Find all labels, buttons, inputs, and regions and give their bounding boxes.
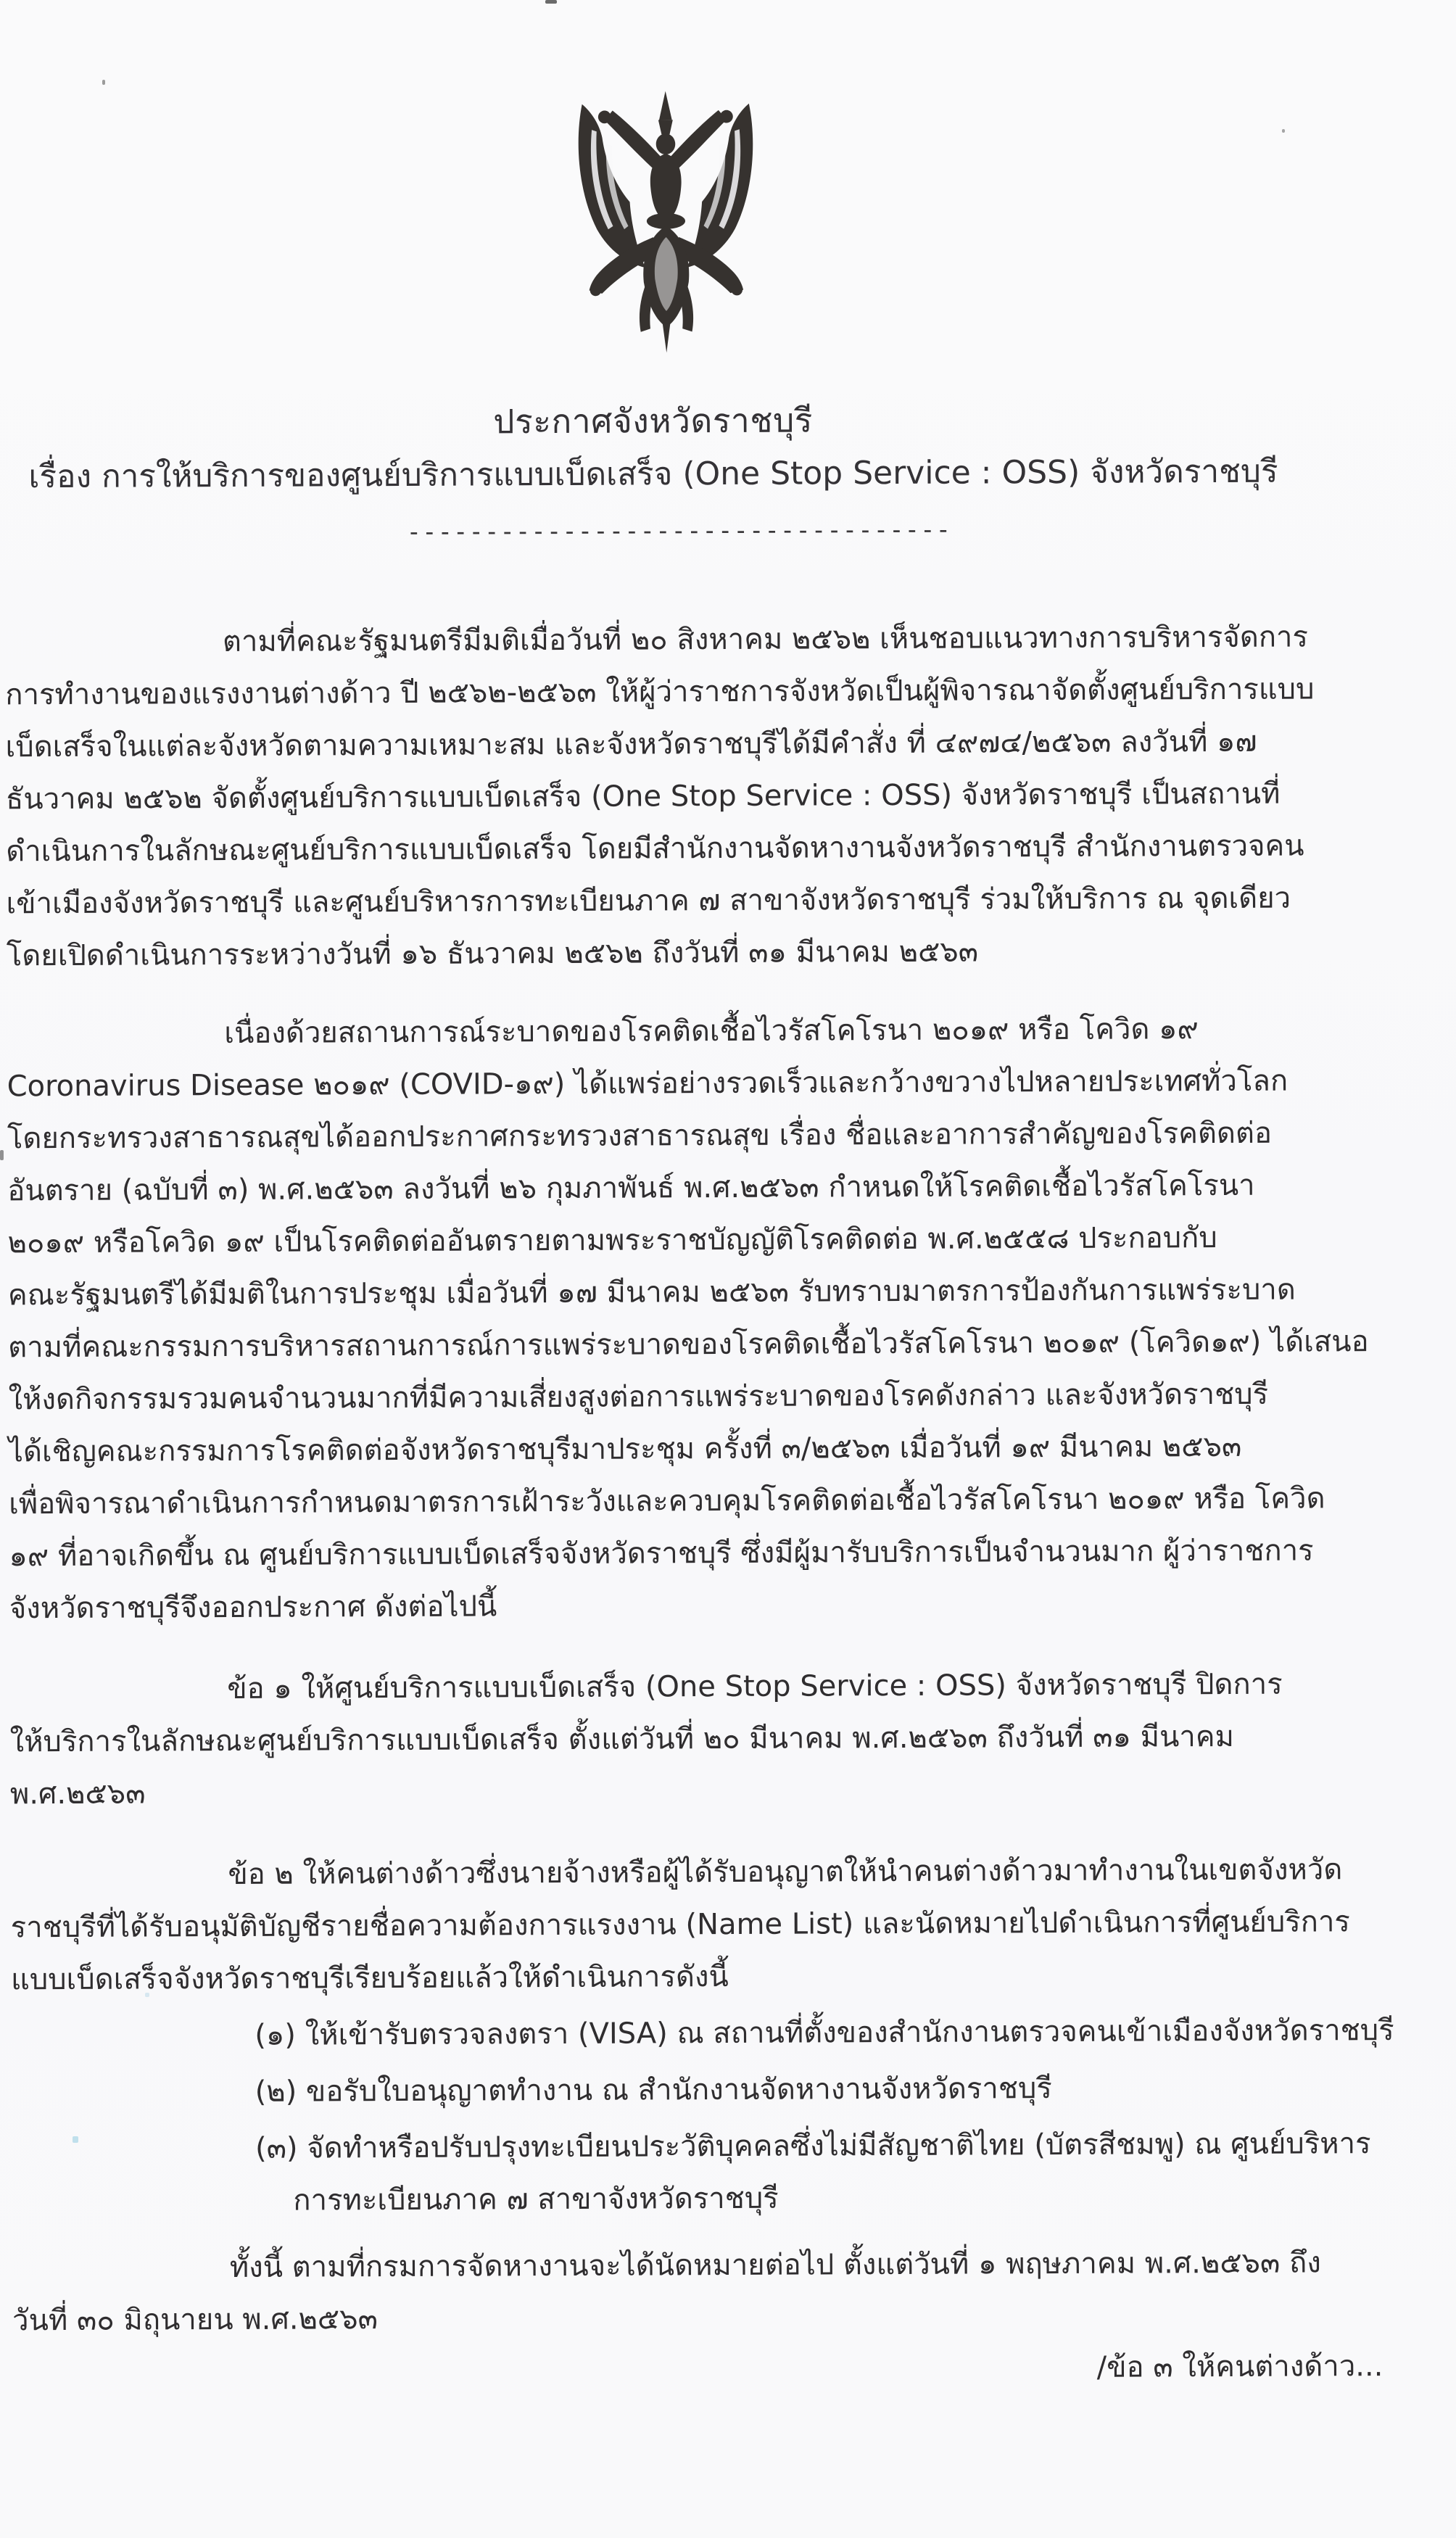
list-item-2: (๒) ขอรับใบอนุญาตทำงาน ณ สำนักงานจัดหางา…	[12, 2061, 1421, 2119]
announcement-title: ประกาศจังหวัดราชบุรี	[0, 394, 1381, 447]
garuda-emblem	[545, 81, 787, 384]
scanned-document-page: ประกาศจังหวัดราชบุรี เรื่อง การให้บริการ…	[0, 0, 1456, 2538]
list-item-3: (๓) จัดทำหรือปรับปรุงทะเบียนประวัติบุคคล…	[12, 2117, 1421, 2175]
text-line-p2-5: ๒๐๑๙ หรือโควิด ๑๙ เป็นโรคติดต่ออันตรายตา…	[7, 1211, 1417, 1269]
text-line-clause1-1: ข้อ ๑ ให้ศูนย์บริการแบบเบ็ดเสร็จ (One St…	[9, 1658, 1419, 1716]
text-line-clause2-2: ราชบุรีที่ได้รับอนุมัติบัญชีรายชื่อความต…	[11, 1896, 1420, 1954]
document-body: ตามที่คณะรัฐมนตรีมีมติเมื่อวันที่ ๒๐ สิง…	[5, 611, 1422, 2347]
list-item-1: (๑) ให้เข้ารับตรวจลงตรา (VISA) ณ สถานที่…	[11, 2004, 1420, 2062]
text-line-closing-2: วันที่ ๓๐ มิถุนายน พ.ศ.๒๕๖๓	[12, 2289, 1422, 2347]
text-line-p1-7: โดยเปิดดำเนินการระหว่างวันที่ ๑๖ ธันวาคม…	[7, 924, 1416, 982]
scan-artifact	[73, 2136, 78, 2143]
continuation-note: /ข้อ ๓ ให้คนต่างด้าว...	[1097, 2341, 1383, 2393]
text-line-p2-8: ให้งดกิจกรรมรวมคนจำนวนมากที่มีความเสี่ยง…	[8, 1368, 1418, 1426]
text-line-clause1-3: พ.ศ.๒๕๖๓	[10, 1762, 1420, 1820]
scan-artifact	[145, 1993, 149, 1997]
scan-artifact	[545, 0, 557, 4]
text-line-p2-1: เนื่องด้วยสถานการณ์ระบาดของโรคติดเชื้อไว…	[7, 1002, 1416, 1060]
text-line-p2-4: อันตราย (ฉบับที่ ๓) พ.ศ.๒๕๖๓ ลงวันที่ ๒๖…	[7, 1159, 1417, 1217]
announcement-subject: เรื่อง การให้บริการของศูนย์บริการแบบเบ็ด…	[0, 447, 1381, 503]
scan-artifact	[1282, 129, 1285, 133]
text-line-p2-3: โดยกระทรวงสาธารณสุขได้ออกประกาศกระทรวงสา…	[7, 1107, 1417, 1165]
text-line-p1-4: ธันวาคม ๒๕๖๒ จัดตั้งศูนย์บริการแบบเบ็ดเส…	[6, 767, 1415, 825]
text-line-clause1-2: ให้บริการในลักษณะศูนย์บริการแบบเบ็ดเสร็จ…	[9, 1710, 1419, 1768]
scan-artifact	[102, 80, 105, 85]
text-line-p2-10: เพื่อพิจารณาดำเนินการกำหนดมาตรการเฝ้าระว…	[9, 1472, 1418, 1530]
text-line-p1-3: เบ็ดเสร็จในแต่ละจังหวัดตามความเหมาะสม แล…	[5, 715, 1415, 773]
text-line-closing-1: ทั้งนี้ ตามที่กรมการจัดหางานจะได้นัดหมาย…	[12, 2236, 1422, 2294]
text-line-p2-11: ๑๙ ที่อาจเกิดขึ้น ณ ศูนย์บริการแบบเบ็ดเส…	[9, 1524, 1418, 1582]
divider-dashes: -----------------------------------	[0, 513, 1407, 549]
text-line-p1-6: เข้าเมืองจังหวัดราชบุรี และศูนย์บริหารกา…	[6, 872, 1415, 930]
list-item-3-continued: การทะเบียนภาค ๗ สาขาจังหวัดราชบุรี	[12, 2170, 1421, 2228]
scan-artifact	[0, 1150, 4, 1160]
text-line-p2-12: จังหวัดราชบุรีจึงออกประกาศ ดังต่อไปนี้	[9, 1576, 1419, 1634]
text-line-clause2-3: แบบเบ็ดเสร็จจังหวัดราชบุรีเรียบร้อยแล้วใ…	[11, 1948, 1420, 2006]
text-line-p2-6: คณะรัฐมนตรีได้มีมติในการประชุม เมื่อวันท…	[8, 1263, 1418, 1321]
text-line-p1-1: ตามที่คณะรัฐมนตรีมีมติเมื่อวันที่ ๒๐ สิง…	[5, 611, 1415, 669]
text-line-p2-2: Coronavirus Disease ๒๐๑๙ (COVID-๑๙) ได้แ…	[7, 1054, 1416, 1112]
text-line-p1-2: การทำงานของแรงงานต่างด้าว ปี ๒๕๖๒-๒๕๖๓ ใ…	[5, 663, 1415, 721]
document-content: ประกาศจังหวัดราชบุรี เรื่อง การให้บริการ…	[0, 0, 1456, 2538]
text-line-p1-5: ดำเนินการในลักษณะศูนย์บริการแบบเบ็ดเสร็จ…	[6, 819, 1415, 877]
text-line-clause2-1: ข้อ ๒ ให้คนต่างด้าวซึ่งนายจ้างหรือผู้ได้…	[10, 1843, 1420, 1901]
text-line-p2-7: ตามที่คณะกรรมการบริหารสถานการณ์การแพร่ระ…	[8, 1315, 1418, 1373]
text-line-p2-9: ได้เชิญคณะกรรมการโรคติดต่อจังหวัดราชบุรี…	[9, 1420, 1418, 1478]
